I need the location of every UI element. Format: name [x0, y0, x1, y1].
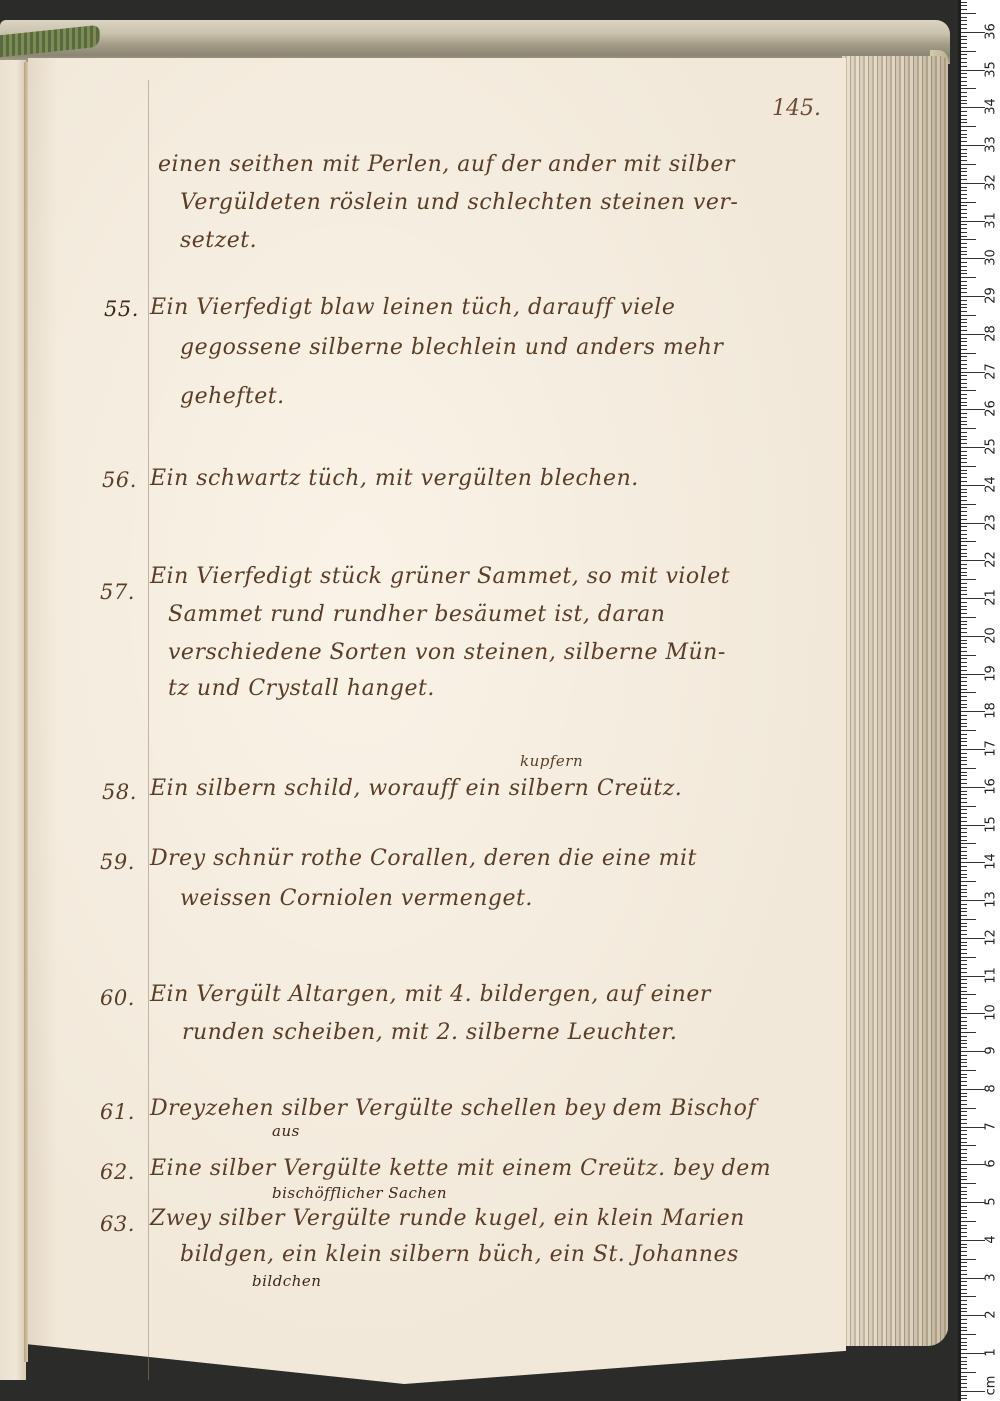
ruler-tick — [961, 741, 967, 742]
ruler-tick — [961, 443, 967, 444]
ruler-tick — [961, 1372, 976, 1373]
ruler-tick — [961, 288, 967, 289]
ruler-tick — [961, 523, 985, 524]
ruler-tick — [961, 621, 967, 622]
ruler-tick — [961, 987, 967, 988]
ruler-tick — [961, 141, 967, 142]
ruler-tick — [961, 1296, 976, 1297]
entry-line: Eine silber Vergülte kette mit einem Cre… — [150, 1156, 771, 1181]
ruler-tick — [961, 281, 967, 282]
ruler-tick — [961, 1138, 967, 1139]
ruler-tick — [961, 1387, 967, 1388]
ruler-tick — [961, 692, 976, 693]
ruler-label: 31 — [984, 210, 999, 230]
ruler-tick — [961, 1247, 967, 1248]
ruler-tick — [961, 254, 967, 255]
ruler-tick — [961, 504, 976, 505]
ruler-tick — [961, 855, 967, 856]
ruler-tick — [961, 439, 967, 440]
ruler-tick — [961, 360, 967, 361]
facing-page-edge — [0, 60, 26, 1380]
ruler-tick — [961, 458, 967, 459]
ruler-tick — [961, 1077, 967, 1078]
ruler-tick — [961, 655, 976, 656]
ruler-tick — [961, 77, 967, 78]
ruler-tick — [961, 613, 967, 614]
ruler-label: 28 — [984, 323, 999, 343]
ruler-tick — [961, 1164, 985, 1165]
ruler-tick — [961, 938, 985, 939]
ruler-tick — [961, 817, 967, 818]
ruler-tick — [961, 798, 967, 799]
ruler-tick — [961, 88, 976, 89]
ruler-label: 17 — [984, 739, 999, 759]
ruler-tick — [961, 1100, 967, 1101]
ruler-tick — [961, 791, 967, 792]
ruler-label: 23 — [984, 512, 999, 532]
ruler-tick — [961, 1085, 967, 1086]
ruler-tick — [961, 236, 967, 237]
entry-number: 58. — [102, 780, 137, 804]
ruler-label: 18 — [984, 701, 999, 721]
ruler-tick — [961, 568, 967, 569]
ruler-tick — [961, 1025, 967, 1026]
ruler-tick — [961, 964, 967, 965]
ruler-tick — [961, 1093, 967, 1094]
ruler-tick — [961, 730, 976, 731]
ruler-tick — [961, 1383, 967, 1384]
ruler-tick — [961, 349, 967, 350]
ruler-label: 3 — [984, 1267, 999, 1287]
ruler-tick — [961, 1036, 967, 1037]
ruler-tick — [961, 689, 967, 690]
ruler-tick — [961, 17, 967, 18]
ruler-label: 24 — [984, 474, 999, 494]
entry-number: 63. — [100, 1212, 135, 1236]
entry-number: 59. — [100, 850, 135, 874]
ruler-tick — [961, 877, 967, 878]
ruler-tick — [961, 1217, 967, 1218]
ruler-tick — [961, 1349, 967, 1350]
ruler-tick — [961, 1194, 967, 1195]
ruler-tick — [961, 338, 967, 339]
ruler-tick — [961, 632, 967, 633]
ruler-tick — [961, 345, 967, 346]
ruler-tick — [961, 787, 985, 788]
interlinear-correction: kupfern — [520, 752, 583, 770]
ruler-tick — [961, 677, 967, 678]
ruler-tick — [961, 221, 985, 222]
ruler-tick — [961, 119, 967, 120]
ruler-tick — [961, 36, 967, 37]
ruler-tick — [961, 658, 967, 659]
ruler-tick — [961, 122, 967, 123]
ruler-label: 14 — [984, 852, 999, 872]
ruler-tick — [961, 587, 967, 588]
ruler-tick — [961, 126, 976, 127]
ruler-tick — [961, 1168, 967, 1169]
ruler-tick — [961, 1055, 967, 1056]
ruler-label: 16 — [984, 776, 999, 796]
ruler-tick — [961, 757, 967, 758]
entry-line: geheftet. — [180, 384, 285, 409]
ruler-tick — [961, 387, 967, 388]
ruler-label: 5 — [984, 1192, 999, 1212]
ruler-tick — [961, 239, 976, 240]
ruler-tick — [961, 383, 967, 384]
ruler-tick — [961, 919, 976, 920]
ruler-tick — [961, 783, 967, 784]
ruler-tick — [961, 1300, 967, 1301]
entry-line: Zwey silber Vergülte runde kugel, ein kl… — [150, 1206, 745, 1231]
ruler-tick — [961, 341, 967, 342]
ruler-label: 20 — [984, 625, 999, 645]
ruler-tick — [961, 813, 967, 814]
ruler-tick — [961, 149, 967, 150]
ruler-tick — [961, 904, 967, 905]
ruler-tick — [961, 32, 985, 33]
ruler-tick — [961, 836, 967, 837]
ruler-tick — [961, 511, 967, 512]
ruler-tick — [961, 379, 967, 380]
ruler-label: 2 — [984, 1305, 999, 1325]
margin-rule — [148, 80, 149, 1380]
ruler-tick — [961, 983, 967, 984]
ruler-tick — [961, 209, 967, 210]
ruler-tick — [961, 489, 967, 490]
ruler-tick — [961, 402, 967, 403]
ruler-tick — [961, 923, 967, 924]
entry-number: 56. — [102, 468, 137, 492]
ruler-label: 10 — [984, 1003, 999, 1023]
ruler-tick — [961, 470, 967, 471]
ruler-tick — [961, 662, 967, 663]
ruler-tick — [961, 519, 967, 520]
ruler-tick — [961, 20, 967, 21]
interlinear-insertion: bischöfflicher Sachen — [272, 1184, 447, 1202]
entry-number: 55. — [104, 297, 139, 321]
ruler-tick — [961, 1183, 976, 1184]
ruler-tick — [961, 270, 967, 271]
ruler-tick — [961, 232, 967, 233]
ruler-tick — [961, 273, 967, 274]
ruler-tick — [961, 976, 985, 977]
ruler-label: 19 — [984, 663, 999, 683]
ruler-tick — [961, 1115, 967, 1116]
ruler-tick — [961, 375, 967, 376]
ruler-tick — [961, 760, 967, 761]
ruler-tick — [961, 934, 967, 935]
ruler-tick — [961, 421, 967, 422]
ruler-tick — [961, 160, 967, 161]
entry-line: setzet. — [180, 228, 257, 253]
ruler-tick — [961, 183, 985, 184]
ruler-tick — [961, 1330, 967, 1331]
ruler-tick — [961, 881, 976, 882]
ruler-tick — [961, 1262, 967, 1263]
ruler-tick — [961, 262, 967, 263]
ruler-tick — [961, 828, 967, 829]
ruler-tick — [961, 190, 967, 191]
ruler-tick — [961, 481, 967, 482]
ruler-tick — [961, 715, 967, 716]
ruler-tick — [961, 168, 967, 169]
ruler-tick — [961, 24, 967, 25]
ruler-label: 11 — [984, 965, 999, 985]
ruler-tick — [961, 651, 967, 652]
ruler-tick — [961, 1398, 967, 1399]
ruler-tick — [961, 1191, 967, 1192]
ruler-tick — [961, 707, 967, 708]
ruler-tick — [961, 164, 976, 165]
ruler-tick — [961, 1043, 967, 1044]
ruler-tick — [961, 545, 967, 546]
ruler-tick — [961, 1244, 967, 1245]
ruler-tick — [961, 436, 967, 437]
ruler-tick — [961, 862, 985, 863]
ruler-tick — [961, 1134, 967, 1135]
measurement-ruler: cm 1234567891011121314151617181920212223… — [958, 0, 1000, 1401]
ruler-tick — [961, 696, 967, 697]
ruler-tick — [961, 115, 967, 116]
ruler-tick — [961, 304, 967, 305]
ruler-tick — [961, 1342, 967, 1343]
ruler-tick — [961, 1278, 985, 1279]
ruler-tick — [961, 802, 967, 803]
ruler-tick — [961, 1160, 967, 1161]
ruler-tick — [961, 866, 967, 867]
ruler-tick — [961, 500, 967, 501]
ruler-tick — [961, 153, 967, 154]
ruler-tick — [961, 768, 976, 769]
ruler-tick — [961, 851, 967, 852]
ruler-label: 27 — [984, 361, 999, 381]
ruler-tick — [961, 1153, 967, 1154]
interlinear-insertion: bildchen — [252, 1272, 321, 1290]
ruler-tick — [961, 466, 976, 467]
ruler-label: 4 — [984, 1229, 999, 1249]
gutter — [24, 62, 28, 1362]
ruler-tick — [961, 258, 985, 259]
ruler-tick — [961, 66, 967, 67]
entry-line: gegossene silberne blechlein und anders … — [180, 335, 723, 360]
entry-line: Sammet rund rundher besäumet ist, daran — [168, 602, 665, 627]
ruler-tick — [961, 549, 967, 550]
ruler-tick — [961, 892, 967, 893]
ruler-tick — [961, 926, 967, 927]
ruler-label: 1 — [984, 1343, 999, 1363]
entry-line: einen seithen mit Perlen, auf der ander … — [158, 152, 735, 177]
ruler-tick — [961, 100, 967, 101]
ruler-tick — [961, 572, 967, 573]
ruler-tick — [961, 1391, 985, 1392]
ruler-tick — [961, 405, 967, 406]
ruler-tick — [961, 1308, 967, 1309]
ruler-tick — [961, 1236, 967, 1237]
ruler-tick — [961, 205, 967, 206]
ruler-tick — [961, 413, 967, 414]
ruler-tick — [961, 1119, 967, 1120]
ruler-tick — [961, 643, 967, 644]
entry-number: 57. — [100, 580, 135, 604]
ruler-tick — [961, 1149, 967, 1150]
ruler-tick — [961, 700, 967, 701]
ruler-tick — [961, 243, 967, 244]
ruler-tick — [961, 5, 967, 6]
ruler-tick — [961, 1368, 967, 1369]
ruler-tick — [961, 428, 976, 429]
ruler-tick — [961, 779, 967, 780]
ruler-tick — [961, 1013, 985, 1014]
entry-line: Ein Vierfedigt stück grüner Sammet, so m… — [150, 564, 730, 589]
ruler-tick — [961, 1327, 967, 1328]
ruler-tick — [961, 1251, 967, 1252]
ruler-tick — [961, 809, 967, 810]
ruler-tick — [961, 772, 967, 773]
ruler-tick — [961, 1089, 985, 1090]
ruler-tick — [961, 54, 967, 55]
ruler-tick — [961, 1096, 967, 1097]
ruler-tick — [961, 1259, 976, 1260]
entry-line: Ein Vierfedigt blaw leinen tüch, darauff… — [150, 295, 675, 320]
ruler-tick — [961, 1142, 967, 1143]
ruler-tick — [961, 247, 967, 248]
ruler-tick — [961, 1376, 967, 1377]
ruler-tick — [961, 628, 967, 629]
ruler-tick — [961, 636, 985, 637]
ruler-tick — [961, 292, 967, 293]
ruler-tick — [961, 1338, 967, 1339]
ruler-tick — [961, 137, 967, 138]
ruler-tick — [961, 602, 967, 603]
ruler-tick — [961, 541, 976, 542]
entry-line: weissen Corniolen vermenget. — [180, 886, 533, 911]
ruler-tick — [961, 1281, 967, 1282]
ruler-tick — [961, 670, 967, 671]
ruler-tick — [961, 507, 967, 508]
ruler-tick — [961, 266, 967, 267]
ruler-tick — [961, 1345, 967, 1346]
ruler-tick — [961, 300, 967, 301]
ruler-tick — [961, 473, 967, 474]
ruler-tick — [961, 1274, 967, 1275]
ruler-tick — [961, 1255, 967, 1256]
ruler-tick — [961, 202, 976, 203]
ruler-tick — [961, 1266, 967, 1267]
interlinear-insertion: aus — [272, 1122, 300, 1140]
ruler-tick — [961, 43, 967, 44]
ruler-tick — [961, 1021, 967, 1022]
ruler-tick — [961, 1047, 967, 1048]
ruler-tick — [961, 1127, 985, 1128]
ruler-tick — [961, 1187, 967, 1188]
ruler-tick — [961, 960, 967, 961]
fore-edge-shade — [842, 56, 948, 1346]
ruler-tick — [961, 1206, 967, 1207]
ruler-tick — [961, 134, 967, 135]
ruler-tick — [961, 609, 967, 610]
ruler-tick — [961, 28, 967, 29]
ruler-tick — [961, 598, 985, 599]
ruler-label: 35 — [984, 59, 999, 79]
ruler-tick — [961, 398, 967, 399]
ruler-tick — [961, 85, 967, 86]
ruler-tick — [961, 1179, 967, 1180]
ruler-tick — [961, 213, 967, 214]
ruler-tick — [961, 175, 967, 176]
ruler-tick — [961, 908, 967, 909]
ruler-tick — [961, 1066, 967, 1067]
ruler-tick — [961, 1176, 967, 1177]
ruler-tick — [961, 1059, 967, 1060]
ruler-tick — [961, 187, 967, 188]
ruler-tick — [961, 617, 976, 618]
ruler-tick — [961, 1062, 967, 1063]
ruler-label: 29 — [984, 286, 999, 306]
ruler-tick — [961, 330, 967, 331]
ruler-tick — [961, 1081, 967, 1082]
ruler-tick — [961, 307, 967, 308]
ruler-tick — [961, 900, 985, 901]
entry-line: Dreyzehen silber Vergülte schellen bey d… — [150, 1096, 756, 1121]
ruler-tick — [961, 1311, 967, 1312]
ruler-tick — [961, 353, 976, 354]
ruler-tick — [961, 1395, 967, 1396]
ruler-tick — [961, 1198, 967, 1199]
ruler-tick — [961, 1293, 967, 1294]
entry-line: Vergüldeten röslein und schlechten stein… — [180, 190, 738, 215]
ruler-tick — [961, 1319, 967, 1320]
ruler-tick — [961, 1111, 967, 1112]
ruler-tick — [961, 526, 967, 527]
ruler-tick — [961, 13, 976, 14]
ruler-tick — [961, 734, 967, 735]
ruler-tick — [961, 972, 967, 973]
ruler-tick — [961, 1361, 967, 1362]
ruler-tick — [961, 794, 967, 795]
ruler-tick — [961, 179, 967, 180]
ruler-tick — [961, 224, 967, 225]
ruler-label: 36 — [984, 21, 999, 41]
entry-number: 62. — [100, 1160, 135, 1184]
ruler-tick — [961, 896, 967, 897]
ruler-label: 12 — [984, 927, 999, 947]
ruler-tick — [961, 62, 967, 63]
ruler-tick — [961, 647, 967, 648]
ruler-tick — [961, 534, 967, 535]
ruler-tick — [961, 455, 967, 456]
ruler-tick — [961, 394, 967, 395]
ruler-tick — [961, 492, 967, 493]
ruler-tick — [961, 745, 967, 746]
ruler-tick — [961, 368, 967, 369]
ruler-tick — [961, 738, 967, 739]
ruler-label: 32 — [984, 172, 999, 192]
ruler-tick — [961, 462, 967, 463]
ruler-tick — [961, 885, 967, 886]
entry-number: 60. — [100, 986, 135, 1010]
ruler-tick — [961, 579, 976, 580]
ruler-tick — [961, 311, 967, 312]
ruler-tick — [961, 390, 976, 391]
ruler-tick — [961, 847, 967, 848]
ruler-tick — [961, 968, 967, 969]
ruler-tick — [961, 485, 985, 486]
ruler-tick — [961, 1228, 967, 1229]
ruler-tick — [961, 704, 967, 705]
ruler-tick — [961, 711, 985, 712]
ruler-tick — [961, 1009, 967, 1010]
